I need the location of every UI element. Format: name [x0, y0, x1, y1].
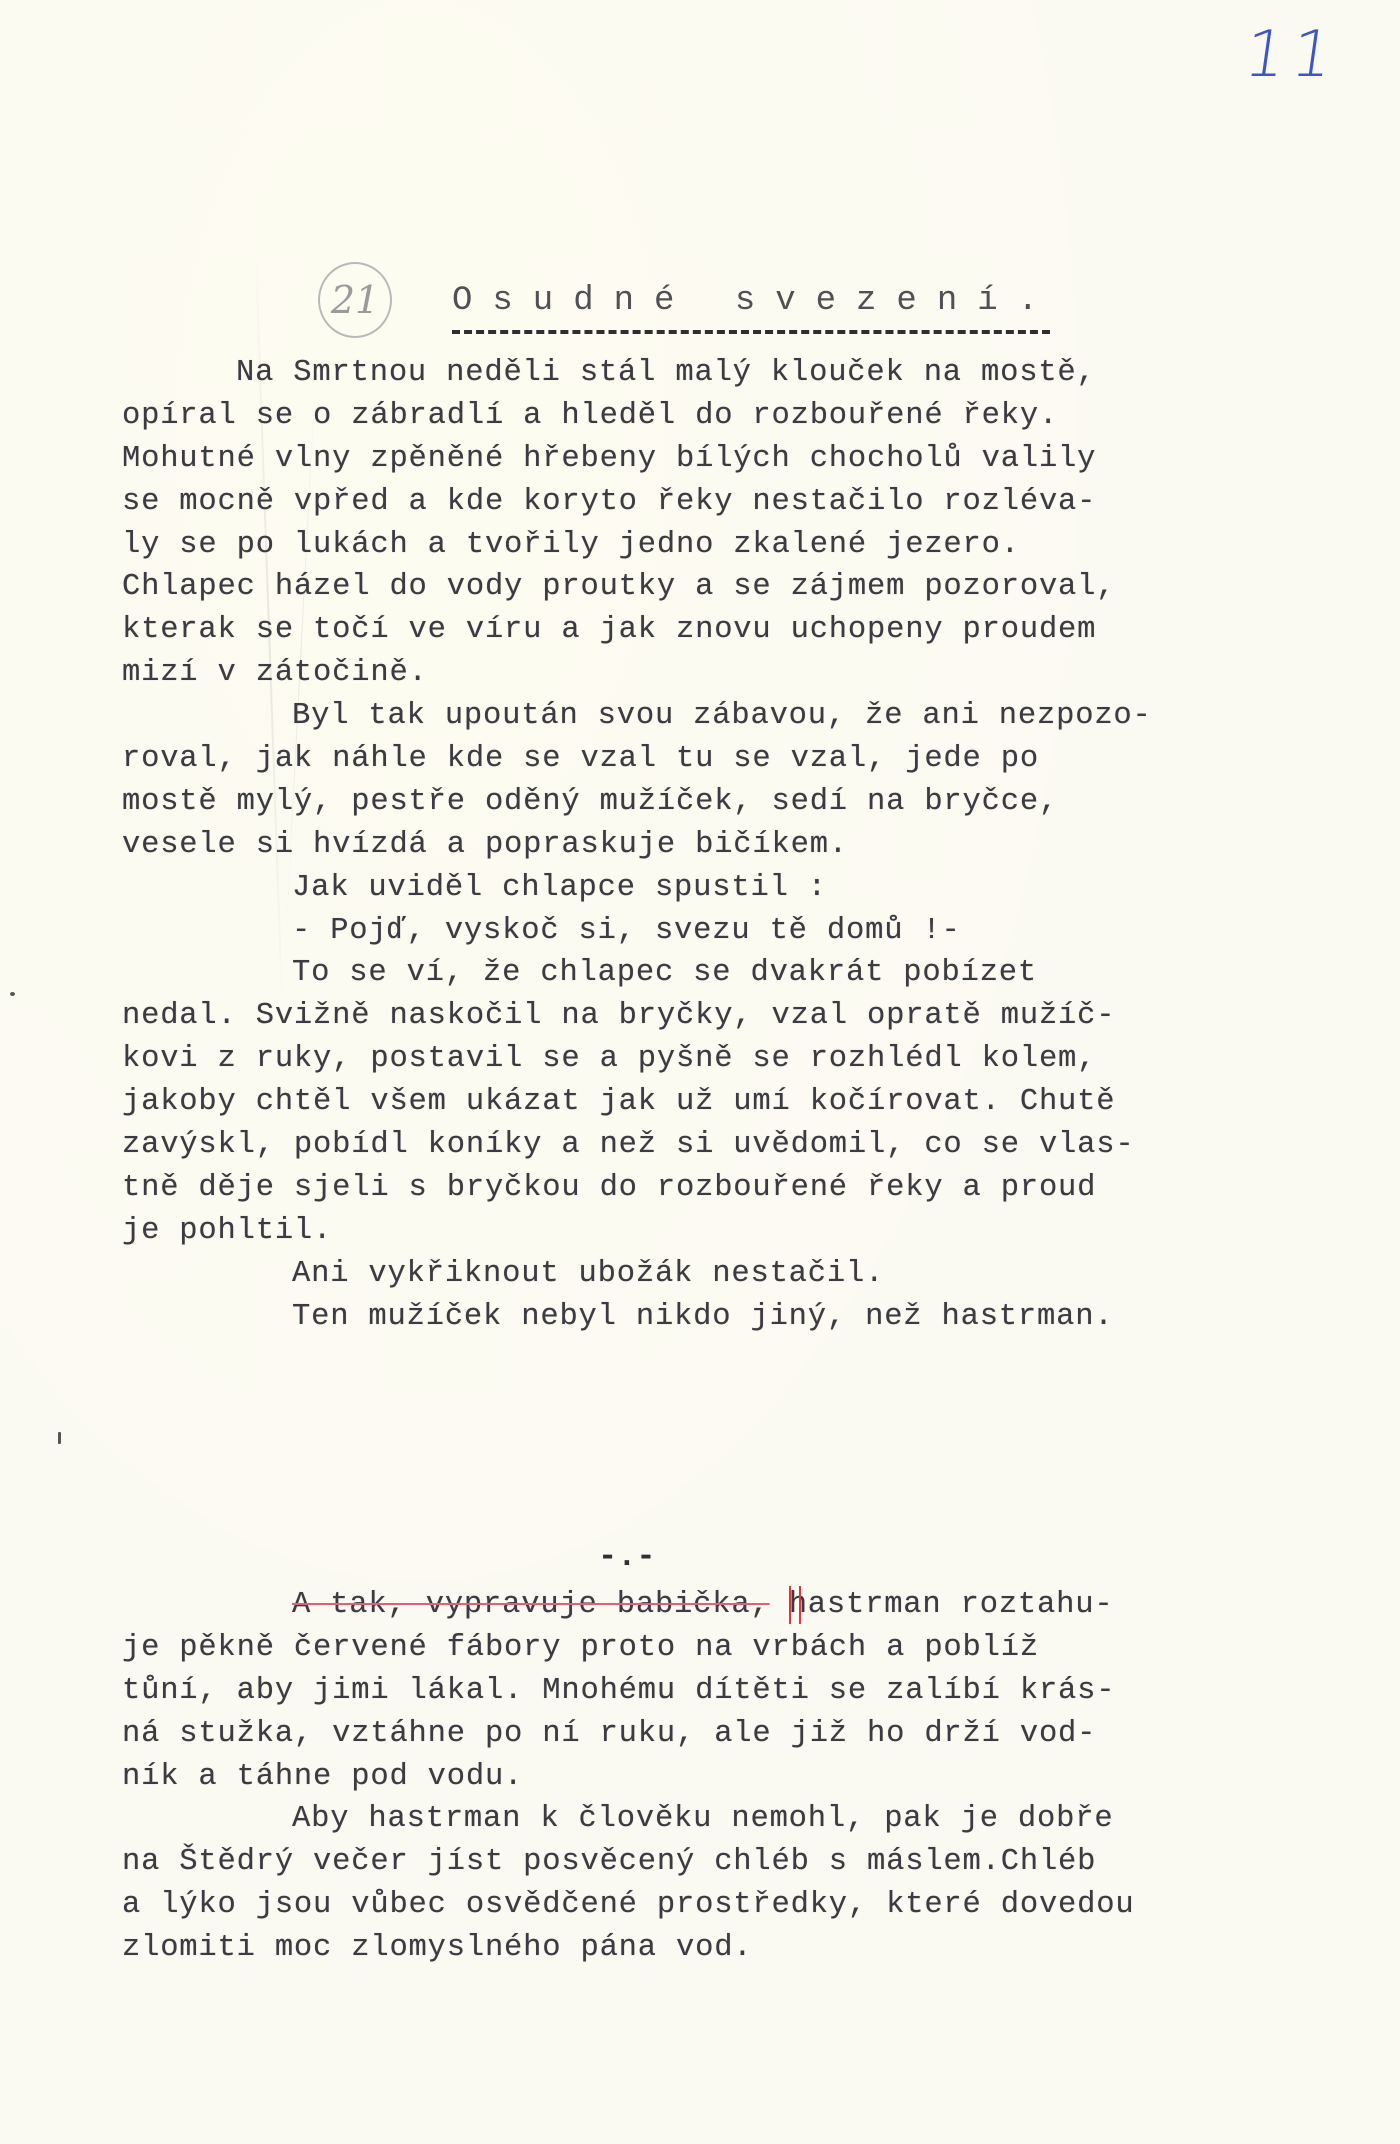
- story-number-text: 21: [331, 278, 379, 322]
- struck-through-text: A tak, vypravuje babička,: [292, 1588, 770, 1622]
- text-line: je pěkně červené fábory proto na vrbách …: [122, 1627, 1272, 1670]
- text-line-rest: astrman roztahu-: [808, 1588, 1114, 1622]
- text-line: Aby hastrman k člověku nemohl, pak je do…: [122, 1798, 1272, 1841]
- margin-speck: [58, 1432, 61, 1444]
- text-line: kovi z ruky, postavil se a pyšně se rozh…: [122, 1038, 1272, 1081]
- text-line: Ten mužíček nebyl nikdo jiný, než hastrm…: [122, 1296, 1272, 1339]
- text-line: - Pojď, vyskoč si, svezu tě domů !-: [122, 910, 1272, 953]
- text-line: Mohutné vlny zpěněné hřebeny bílých choc…: [122, 438, 1272, 481]
- text-line: tně děje sjeli s bryčkou do rozbouřené ř…: [122, 1167, 1272, 1210]
- text-line: Jak uviděl chlapce spustil :: [122, 867, 1272, 910]
- text-line: kterak se točí ve víru a jak znovu uchop…: [122, 609, 1272, 652]
- text-line: vesele si hvízdá a popraskuje bičíkem.: [122, 824, 1272, 867]
- text-line: zlomiti moc zlomyslného pána vod.: [122, 1927, 1272, 1970]
- text-line: se mocně vpřed a kde koryto řeky nestači…: [122, 481, 1272, 524]
- red-correction-mark: h: [789, 1584, 808, 1627]
- text-line: Ani vykřiknout ubožák nestačil.: [122, 1253, 1272, 1296]
- text-line: ly se po lukách a tvořily jedno zkalené …: [122, 524, 1272, 567]
- section-separator: -.-: [598, 1538, 656, 1575]
- title-underline: [452, 330, 1050, 334]
- text-line: a lýko jsou vůbec osvědčené prostředky, …: [122, 1884, 1272, 1927]
- text-line: je pohltil.: [122, 1210, 1272, 1253]
- text-line: Chlapec házel do vody proutky a se zájme…: [122, 566, 1272, 609]
- document-page: 11 21 Osudné svezení. Na Smrtnou neděli …: [0, 0, 1400, 2144]
- text-line: ná stužka, vztáhne po ní ruku, ale již h…: [122, 1713, 1272, 1756]
- margin-speck: [10, 992, 15, 996]
- text-line: opíral se o zábradlí a hleděl do rozbouř…: [122, 395, 1272, 438]
- document-title: Osudné svezení.: [452, 282, 1058, 320]
- text-line: To se ví, že chlapec se dvakrát pobízet: [122, 952, 1272, 995]
- text-line: roval, jak náhle kde se vzal tu se vzal,…: [122, 738, 1272, 781]
- text-line: Na Smrtnou neděli stál malý klouček na m…: [122, 352, 1272, 395]
- text-line: Byl tak upoután svou zábavou, že ani nez…: [122, 695, 1272, 738]
- handwritten-page-number: 11: [1240, 18, 1344, 92]
- text-line-corrected: A tak, vypravuje babička, hastrman rozta…: [122, 1584, 1272, 1627]
- text-line: nedal. Svižně naskočil na bryčky, vzal o…: [122, 995, 1272, 1038]
- text-line: ník a táhne pod vodu.: [122, 1756, 1272, 1799]
- story-body: Na Smrtnou neděli stál malý klouček na m…: [122, 352, 1272, 1338]
- text-line: mostě mylý, pestře oděný mužíček, sedí n…: [122, 781, 1272, 824]
- text-line: na Štědrý večer jíst posvěcený chléb s m…: [122, 1841, 1272, 1884]
- text-line: mizí v zátočině.: [122, 652, 1272, 695]
- folklore-note: A tak, vypravuje babička, hastrman rozta…: [122, 1584, 1272, 1970]
- text-line: tůní, aby jimi lákal. Mnohému dítěti se …: [122, 1670, 1272, 1713]
- circled-story-number: 21: [318, 262, 392, 338]
- text-line: zavýskl, pobídl koníky a než si uvědomil…: [122, 1124, 1272, 1167]
- text-line: jakoby chtěl všem ukázat jak už umí kočí…: [122, 1081, 1272, 1124]
